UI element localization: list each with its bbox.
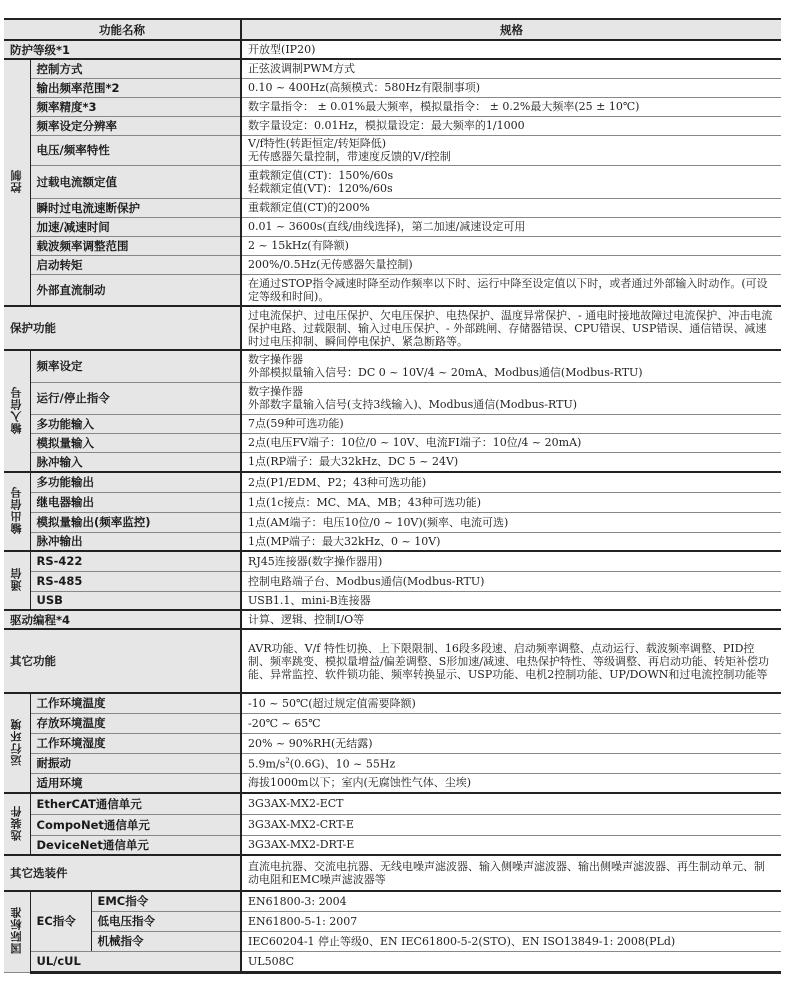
row-label: 频率精度*3 bbox=[30, 97, 241, 116]
table-row: 输出频率范围*2 0.10 ~ 400Hz(高频模式：580Hz有限制事项) bbox=[4, 78, 781, 97]
row-label: 保护功能 bbox=[4, 306, 241, 350]
row-value: 重载额定值(CT)：150%/60s轻载额定值(VT)：120%/60s bbox=[241, 165, 781, 198]
row-value: 1点(MP端子：最大32kHz、0 ~ 10V) bbox=[241, 532, 781, 551]
row-label: 多功能输入 bbox=[30, 414, 241, 433]
table-row: 模拟量输入 2点(电压FV端子：10位/0 ~ 10V、电流FI端子：10位/4… bbox=[4, 433, 781, 452]
row-label: UL/cUL bbox=[30, 951, 241, 972]
table-header-row: 功能名称 规格 bbox=[4, 19, 781, 40]
table-row: 载波频率调整范围 2 ~ 15kHz(有降额) bbox=[4, 236, 781, 255]
row-value: 2点(电压FV端子：10位/0 ~ 10V、电流FI端子：10位/4 ~ 20m… bbox=[241, 433, 781, 452]
row-value: 5.9m/s2(0.6G)、10 ~ 55Hz bbox=[241, 753, 781, 773]
table-row: 脉冲输出 1点(MP端子：最大32kHz、0 ~ 10V) bbox=[4, 532, 781, 551]
header-function-name: 功能名称 bbox=[4, 19, 241, 40]
row-value: 7点(59种可选功能) bbox=[241, 414, 781, 433]
row-label: 继电器输出 bbox=[30, 492, 241, 512]
row-value: 2点(P1/EDM、P2；43种可选功能) bbox=[241, 472, 781, 492]
row-label: 载波频率调整范围 bbox=[30, 236, 241, 255]
group-label-standards: 国际标准 bbox=[4, 891, 30, 972]
row-value: 在通过STOP指令减速时降至动作频率以下时、运行中降至设定值以下时，或者通过外部… bbox=[241, 274, 781, 306]
row-value: 数字操作器外部模拟量输入信号：DC 0 ~ 10V/4 ~ 20mA、Modbu… bbox=[241, 350, 781, 382]
table-row: 多功能输入 7点(59种可选功能) bbox=[4, 414, 781, 433]
row-value: IEC60204-1 停止等级0、EN IEC61800-5-2(STO)、EN… bbox=[241, 931, 781, 951]
table-row: 驱动编程*4 计算、逻辑、控制I/O等 bbox=[4, 610, 781, 629]
table-row: 控制 控制方式 正弦波调制PWM方式 bbox=[4, 59, 781, 78]
row-value: 数字量设定：0.01Hz，模拟量设定：最大频率的1/1000 bbox=[241, 116, 781, 135]
row-value: 开放型(IP20) bbox=[241, 40, 781, 59]
row-value: -20℃ ~ 65℃ bbox=[241, 713, 781, 733]
row-label: 耐振动 bbox=[30, 753, 241, 773]
table-row: 其它功能 AVR功能、V/f 特性切换、上下限限制、16段多段速、启动频率调整、… bbox=[4, 629, 781, 693]
header-specification: 规格 bbox=[241, 19, 781, 40]
row-label: RS-422 bbox=[30, 551, 241, 571]
row-value: 0.01 ~ 3600s(直线/曲线选择)，第二加速/减速设定可用 bbox=[241, 217, 781, 236]
table-row: 国际标准 EC指令 EMC指令 EN61800-3: 2004 bbox=[4, 891, 781, 911]
row-value: 数字操作器外部数字量输入信号(支持3线输入)、Modbus通信(Modbus-R… bbox=[241, 382, 781, 414]
row-value: 计算、逻辑、控制I/O等 bbox=[241, 610, 781, 629]
row-label: 电压/频率特性 bbox=[30, 135, 241, 165]
row-value: 1点(AM端子：电压10位/0 ~ 10V)(频率、电流可选) bbox=[241, 512, 781, 532]
row-label: USB bbox=[30, 591, 241, 610]
row-label: 机械指令 bbox=[91, 931, 241, 951]
table-row: DeviceNet通信单元 3G3AX-MX2-DRT-E bbox=[4, 835, 781, 855]
table-row: 过载电流额定值 重载额定值(CT)：150%/60s轻载额定值(VT)：120%… bbox=[4, 165, 781, 198]
row-value: EN61800-5-1: 2007 bbox=[241, 911, 781, 931]
table-row: 耐振动 5.9m/s2(0.6G)、10 ~ 55Hz bbox=[4, 753, 781, 773]
row-value: 3G3AX-MX2-DRT-E bbox=[241, 835, 781, 855]
row-label: 输出频率范围*2 bbox=[30, 78, 241, 97]
row-label: 存放环境温度 bbox=[30, 713, 241, 733]
row-value: 海拔1000m以下；室内(无腐蚀性气体、尘埃) bbox=[241, 773, 781, 793]
table-row: 外部直流制动 在通过STOP指令减速时降至动作频率以下时、运行中降至设定值以下时… bbox=[4, 274, 781, 306]
row-label: 防护等级*1 bbox=[4, 40, 241, 59]
table-row: 选装件 EtherCAT通信单元 3G3AX-MX2-ECT bbox=[4, 793, 781, 814]
group-label-input-signal: 输入信号 bbox=[4, 350, 30, 472]
table-row: 输出信号 多功能输出 2点(P1/EDM、P2；43种可选功能) bbox=[4, 472, 781, 492]
row-value: 200%/0.5Hz(无传感器矢量控制) bbox=[241, 255, 781, 274]
row-label: 瞬时过电流速断保护 bbox=[30, 198, 241, 217]
table-row: 工作环境湿度 20% ~ 90%RH(无结露) bbox=[4, 733, 781, 753]
table-row: RS-485 控制电路端子台、Modbus通信(Modbus-RTU) bbox=[4, 571, 781, 591]
row-value: V/f特性(转距恒定/转矩降低)无传感器矢量控制，带速度反馈的V/f控制 bbox=[241, 135, 781, 165]
row-label: 适用环境 bbox=[30, 773, 241, 793]
row-label: EMC指令 bbox=[91, 891, 241, 911]
row-label: 过载电流额定值 bbox=[30, 165, 241, 198]
row-label: 外部直流制动 bbox=[30, 274, 241, 306]
table-row: 适用环境 海拔1000m以下；室内(无腐蚀性气体、尘埃) bbox=[4, 773, 781, 793]
row-label: 启动转矩 bbox=[30, 255, 241, 274]
table-row: 机械指令 IEC60204-1 停止等级0、EN IEC61800-5-2(ST… bbox=[4, 931, 781, 951]
row-label: EtherCAT通信单元 bbox=[30, 793, 241, 814]
table-row: 通信 RS-422 RJ45连接器(数字操作器用) bbox=[4, 551, 781, 571]
row-value: 1点(1c接点：MC、MA、MB；43种可选功能) bbox=[241, 492, 781, 512]
group-label-control: 控制 bbox=[4, 59, 30, 306]
row-label: 脉冲输出 bbox=[30, 532, 241, 551]
table-row: 低电压指令 EN61800-5-1: 2007 bbox=[4, 911, 781, 931]
row-value: 控制电路端子台、Modbus通信(Modbus-RTU) bbox=[241, 571, 781, 591]
row-value: 2 ~ 15kHz(有降额) bbox=[241, 236, 781, 255]
table-row: 频率设定分辨率 数字量设定：0.01Hz，模拟量设定：最大频率的1/1000 bbox=[4, 116, 781, 135]
table-row: 瞬时过电流速断保护 重载额定值(CT)的200% bbox=[4, 198, 781, 217]
table-row: USB USB1.1、mini-B连接器 bbox=[4, 591, 781, 610]
row-label: 模拟量输出(频率监控) bbox=[30, 512, 241, 532]
row-label: 低电压指令 bbox=[91, 911, 241, 931]
row-label: 控制方式 bbox=[30, 59, 241, 78]
ec-directive-label: EC指令 bbox=[30, 891, 91, 951]
row-value: 3G3AX-MX2-CRT-E bbox=[241, 814, 781, 835]
row-value: AVR功能、V/f 特性切换、上下限限制、16段多段速、启动频率调整、点动运行、… bbox=[241, 629, 781, 693]
row-value: 20% ~ 90%RH(无结露) bbox=[241, 733, 781, 753]
row-value: RJ45连接器(数字操作器用) bbox=[241, 551, 781, 571]
table-row: 脉冲输入 1点(RP端子：最大32kHz、DC 5 ~ 24V) bbox=[4, 452, 781, 472]
row-label: 频率设定 bbox=[30, 350, 241, 382]
row-label: 加速/减速时间 bbox=[30, 217, 241, 236]
row-label: DeviceNet通信单元 bbox=[30, 835, 241, 855]
table-row: 运行环境 工作环境温度 -10 ~ 50℃(超过规定值需要降额) bbox=[4, 693, 781, 713]
row-value: EN61800-3: 2004 bbox=[241, 891, 781, 911]
table-row: 输入信号 频率设定 数字操作器外部模拟量输入信号：DC 0 ~ 10V/4 ~ … bbox=[4, 350, 781, 382]
row-label: 频率设定分辨率 bbox=[30, 116, 241, 135]
group-label-options: 选装件 bbox=[4, 793, 30, 855]
row-value: 过电流保护、过电压保护、欠电压保护、电热保护、温度异常保护、- 通电时接地故障过… bbox=[241, 306, 781, 350]
row-label: 运行/停止指令 bbox=[30, 382, 241, 414]
table-row: 加速/减速时间 0.01 ~ 3600s(直线/曲线选择)，第二加速/减速设定可… bbox=[4, 217, 781, 236]
group-label-output-signal: 输出信号 bbox=[4, 472, 30, 551]
row-value: 0.10 ~ 400Hz(高频模式：580Hz有限制事项) bbox=[241, 78, 781, 97]
row-label: 驱动编程*4 bbox=[4, 610, 241, 629]
row-value: 数字量指令： ± 0.01%最大频率，模拟量指令： ± 0.2%最大频率(25 … bbox=[241, 97, 781, 116]
row-label: 多功能输出 bbox=[30, 472, 241, 492]
row-label: 工作环境湿度 bbox=[30, 733, 241, 753]
row-label: CompoNet通信单元 bbox=[30, 814, 241, 835]
row-value: 1点(RP端子：最大32kHz、DC 5 ~ 24V) bbox=[241, 452, 781, 472]
table-row: 保护功能 过电流保护、过电压保护、欠电压保护、电热保护、温度异常保护、- 通电时… bbox=[4, 306, 781, 350]
table-row: 运行/停止指令 数字操作器外部数字量输入信号(支持3线输入)、Modbus通信(… bbox=[4, 382, 781, 414]
row-label: 模拟量输入 bbox=[30, 433, 241, 452]
row-value: -10 ~ 50℃(超过规定值需要降额) bbox=[241, 693, 781, 713]
row-label: 其它功能 bbox=[4, 629, 241, 693]
table-row: CompoNet通信单元 3G3AX-MX2-CRT-E bbox=[4, 814, 781, 835]
table-row: 继电器输出 1点(1c接点：MC、MA、MB；43种可选功能) bbox=[4, 492, 781, 512]
row-value: 重载额定值(CT)的200% bbox=[241, 198, 781, 217]
table-row: 模拟量输出(频率监控) 1点(AM端子：电压10位/0 ~ 10V)(频率、电流… bbox=[4, 512, 781, 532]
row-value: UL508C bbox=[241, 951, 781, 972]
row-label: 脉冲输入 bbox=[30, 452, 241, 472]
row-value: 3G3AX-MX2-ECT bbox=[241, 793, 781, 814]
row-value: USB1.1、mini-B连接器 bbox=[241, 591, 781, 610]
row-label: 工作环境温度 bbox=[30, 693, 241, 713]
row-label: RS-485 bbox=[30, 571, 241, 591]
group-label-environment: 运行环境 bbox=[4, 693, 30, 793]
row-value: 正弦波调制PWM方式 bbox=[241, 59, 781, 78]
table-row: 存放环境温度 -20℃ ~ 65℃ bbox=[4, 713, 781, 733]
row-label: 其它选装件 bbox=[4, 855, 241, 891]
table-row: UL/cUL UL508C bbox=[4, 951, 781, 972]
group-label-communication: 通信 bbox=[4, 551, 30, 610]
table-row: 防护等级*1 开放型(IP20) bbox=[4, 40, 781, 59]
table-row: 启动转矩 200%/0.5Hz(无传感器矢量控制) bbox=[4, 255, 781, 274]
table-row: 其它选装件 直流电抗器、交流电抗器、无线电噪声滤波器、输入侧噪声滤波器、输出侧噪… bbox=[4, 855, 781, 891]
table-row: 频率精度*3 数字量指令： ± 0.01%最大频率，模拟量指令： ± 0.2%最… bbox=[4, 97, 781, 116]
specification-table: 功能名称 规格 防护等级*1 开放型(IP20) 控制 控制方式 正弦波调制PW… bbox=[4, 18, 781, 974]
row-value: 直流电抗器、交流电抗器、无线电噪声滤波器、输入侧噪声滤波器、输出侧噪声滤波器、再… bbox=[241, 855, 781, 891]
table-row: 电压/频率特性 V/f特性(转距恒定/转矩降低)无传感器矢量控制，带速度反馈的V… bbox=[4, 135, 781, 165]
